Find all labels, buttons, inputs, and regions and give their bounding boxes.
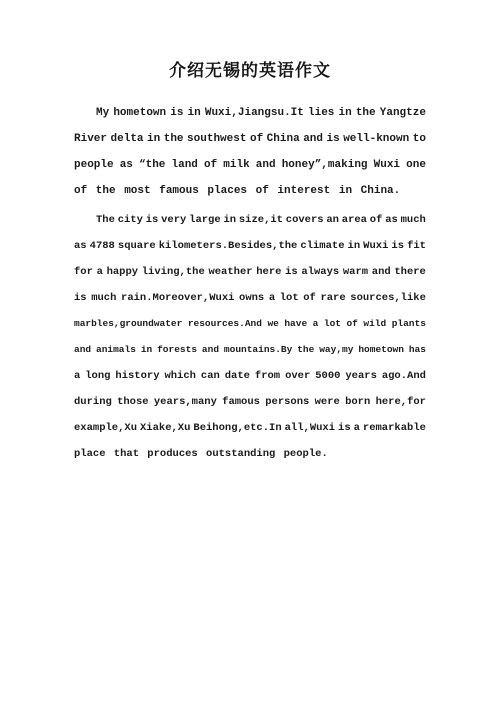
essay-title: 介绍无锡的英语作文 — [0, 58, 500, 84]
essay-line: ismuchrain.Moreover,Wuxiownsalotofrareso… — [74, 285, 426, 311]
essay-line: alonghistorywhichcandatefromover5000year… — [74, 363, 426, 389]
essay-line: duringthoseyears,manyfamouspersonswerebo… — [74, 389, 426, 415]
essay-line: andanimalsinforestsandmountains.Bytheway… — [74, 337, 426, 363]
document-page: 介绍无锡的英语作文 MyhometownisinWuxi,Jiangsu.Itl… — [0, 0, 500, 708]
essay-line: peopleas“thelandofmilkandhoney”,makingWu… — [74, 152, 426, 178]
essay-line: marbles,groundwaterresources.Andwehaveal… — [74, 311, 426, 337]
essay-line: example,XuXiake,XuBeihong,etc.Inall,Wuxi… — [74, 415, 426, 441]
essay-body: MyhometownisinWuxi,Jiangsu.ItliesintheYa… — [74, 100, 426, 467]
essay-line: RiverdeltainthesouthwestofChinaandiswell… — [74, 126, 426, 152]
essay-line: place that produces outstanding people. — [74, 441, 426, 467]
paragraph-2: Thecityisverylargeinsize,itcoversanareao… — [74, 207, 426, 467]
essay-line: MyhometownisinWuxi,Jiangsu.ItliesintheYa… — [74, 100, 426, 126]
essay-line: Thecityisverylargeinsize,itcoversanareao… — [74, 207, 426, 233]
essay-line: forahappyliving,theweatherhereisalwayswa… — [74, 259, 426, 285]
paragraph-1: MyhometownisinWuxi,Jiangsu.ItliesintheYa… — [74, 100, 426, 204]
essay-line: as4788squarekilometers.Besides,theclimat… — [74, 233, 426, 259]
essay-line: of the most famous places of interest in… — [74, 178, 426, 204]
